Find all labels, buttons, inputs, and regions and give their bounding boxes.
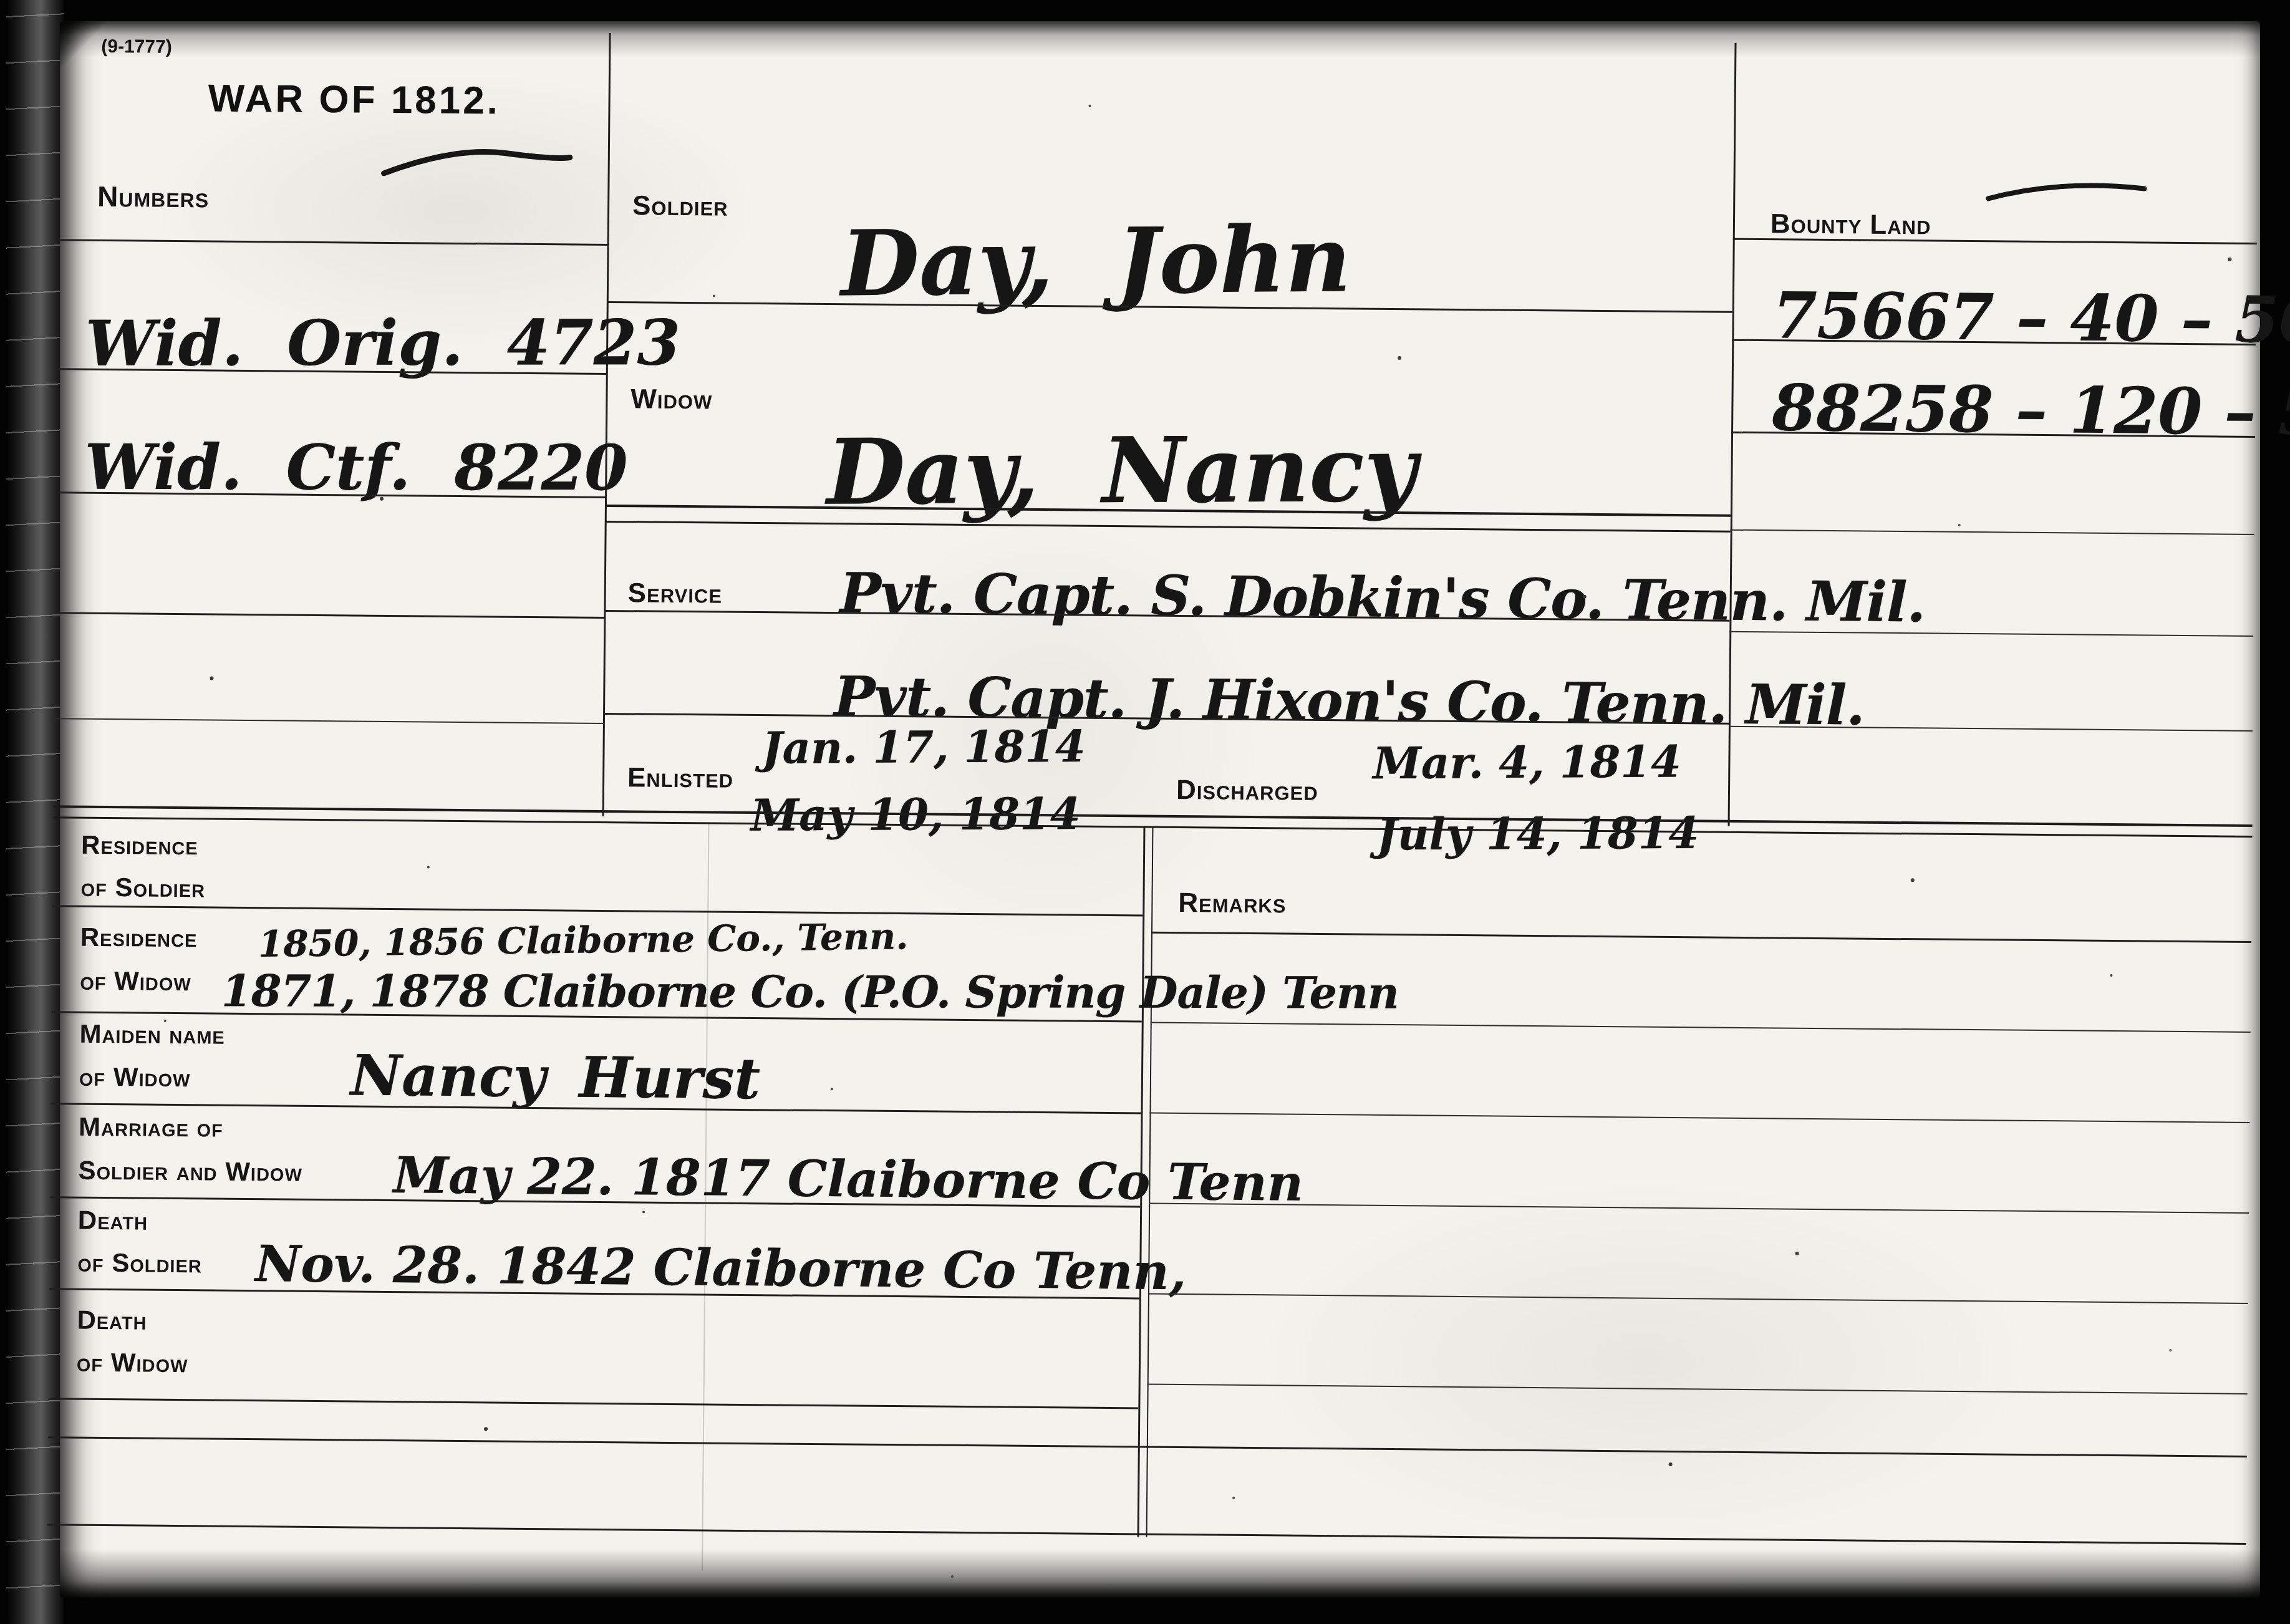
card-content: (9-1777) WAR OF 1812. Numbers Wid. Orig.…: [47, 21, 2261, 1617]
scanned-card-page: (9-1777) WAR OF 1812. Numbers Wid. Orig.…: [0, 0, 2290, 1624]
residence-of-widow-label-2: of Widow: [80, 968, 191, 995]
enlisted-label: Enlisted: [627, 764, 733, 792]
residence-of-widow-value-2: 1871, 1878 Claiborne Co. (P.O. Spring Da…: [221, 969, 1399, 1015]
death-of-soldier-label-1: Death: [78, 1207, 148, 1234]
rule: [55, 612, 605, 619]
enlisted-date-1: Jan. 17, 1814: [761, 725, 1085, 770]
form-number: (9-1777): [101, 37, 172, 57]
soldier-label: Soldier: [632, 192, 728, 220]
death-of-widow-label-1: Death: [77, 1307, 147, 1334]
service-line-1: Pvt. Capt. S. Dobkin's Co. Tenn. Mil.: [839, 565, 1925, 629]
rule: [1148, 1293, 2248, 1304]
service-label: Service: [628, 579, 723, 607]
maiden-name-label-1: Maiden name: [79, 1021, 225, 1048]
rule: [1151, 1022, 2251, 1033]
remarks-label: Remarks: [1178, 889, 1287, 918]
rule: [1151, 932, 2251, 943]
discharged-label: Discharged: [1176, 776, 1318, 805]
maiden-name-label-2: of Widow: [79, 1064, 191, 1091]
residence-of-soldier-label-1: Residence: [81, 832, 198, 859]
rule: [48, 1398, 1138, 1409]
pension-index-card: (9-1777) WAR OF 1812. Numbers Wid. Orig.…: [60, 21, 2260, 1598]
rule: [1731, 529, 2254, 535]
rule: [54, 718, 604, 724]
marriage-label-2: Soldier and Widow: [78, 1158, 302, 1186]
marriage-value: May 22. 1817 Claiborne Co Tenn: [393, 1150, 1303, 1208]
number-entry-wid-ctf: Wid. Ctf. 8220: [84, 436, 627, 500]
death-of-soldier-label-2: of Soldier: [77, 1250, 202, 1277]
widow-label: Widow: [630, 385, 712, 413]
rule: [1729, 631, 2253, 637]
numbers-label: Numbers: [97, 182, 209, 212]
residence-of-widow-label-1: Residence: [80, 924, 198, 952]
rule: [1733, 238, 2257, 244]
widow-name: Day, Nancy: [826, 425, 1417, 518]
residence-of-widow-value-1: 1850, 1856 Claiborne Co., Tenn.: [258, 918, 909, 962]
rule: [1149, 1113, 2249, 1123]
rule: [59, 239, 609, 246]
number-entry-wid-orig: Wid. Orig. 4723: [85, 311, 680, 375]
scan-noise-speckles: [60, 21, 63, 23]
ink-flourish-bounty: [1986, 176, 2149, 207]
rule: [1147, 1384, 2248, 1394]
card-title: WAR OF 1812.: [208, 79, 500, 120]
bounty-land-label: Bounty Land: [1771, 210, 1931, 239]
maiden-name-value: Nancy Hurst: [350, 1047, 761, 1107]
residence-of-soldier-label-2: of Soldier: [80, 874, 205, 902]
column-divider-numbers-soldier: [602, 33, 611, 816]
death-of-widow-label-2: of Widow: [77, 1350, 188, 1377]
death-of-soldier-value: Nov. 28. 1842 Claiborne Co Tenn,: [255, 1239, 1187, 1297]
ink-flourish-under-title: [380, 142, 574, 184]
rule: [1149, 1203, 2249, 1214]
discharged-date-1: Mar. 4, 1814: [1373, 740, 1681, 786]
soldier-name: Day, John: [841, 215, 1351, 309]
marriage-label-1: Marriage of: [79, 1114, 223, 1141]
rule: [52, 905, 1143, 916]
